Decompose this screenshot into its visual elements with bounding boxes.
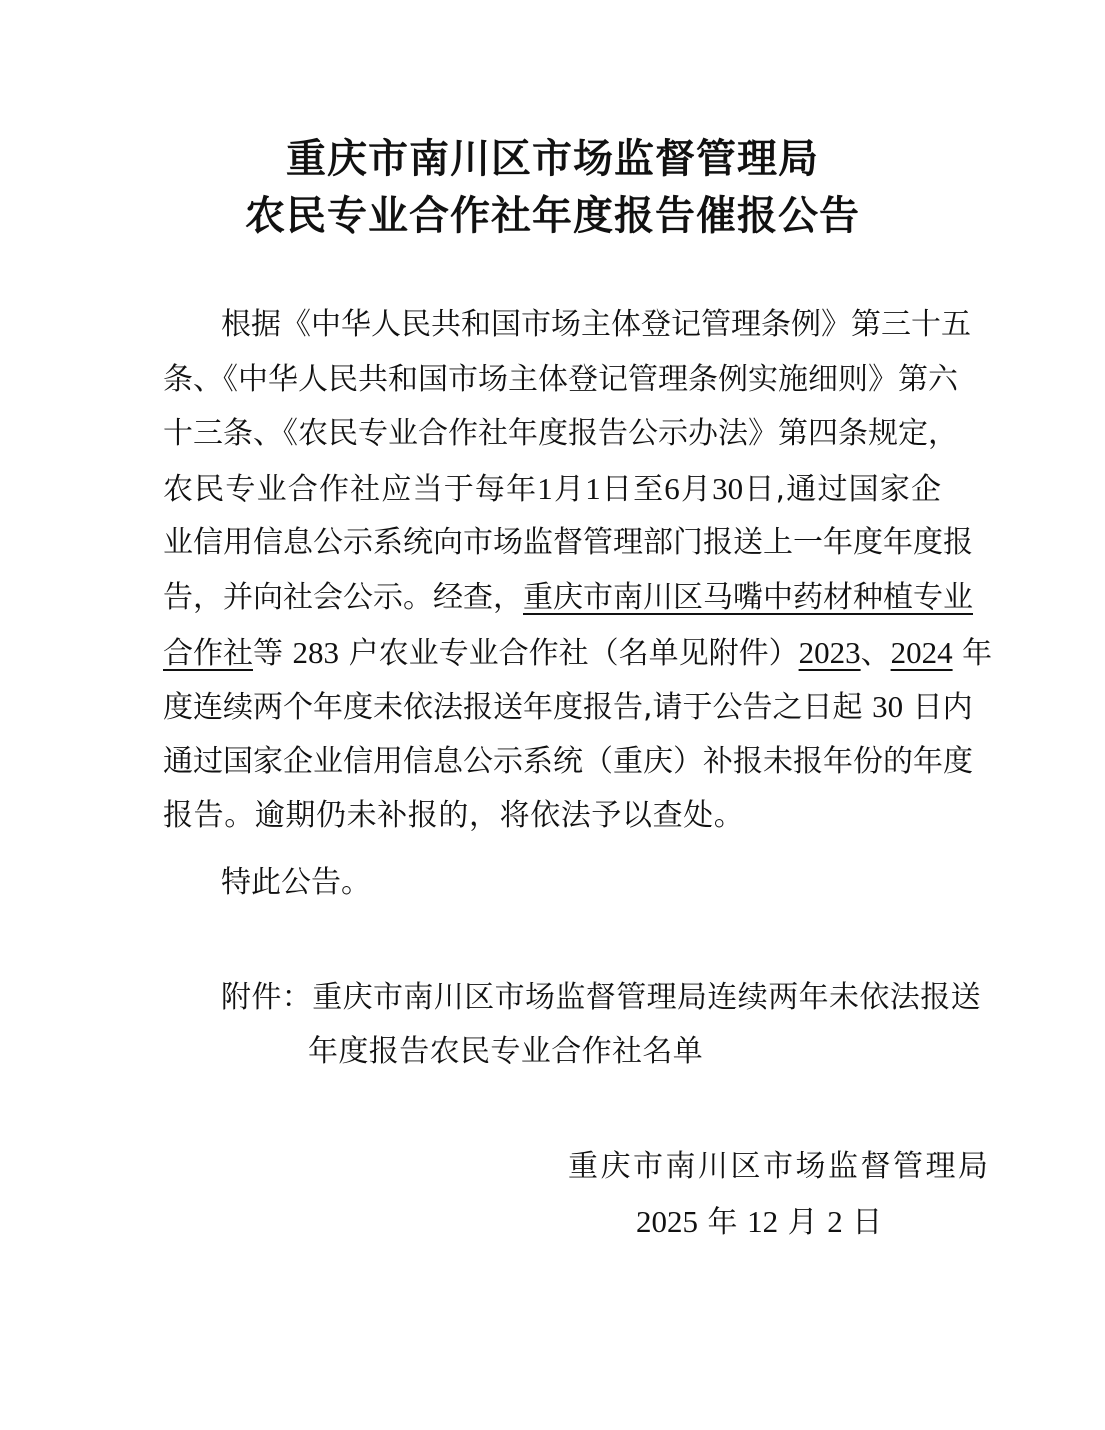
body-line-1: 根据《中华人民共和国市场主体登记管理条例》第三十五 bbox=[221, 305, 941, 345]
body-text: 通过国家企业信用信息公示系统（重庆）补报未报年份的年度 bbox=[163, 744, 973, 779]
body-text: 日至 bbox=[601, 472, 665, 507]
body-text: 农民专业合作社应当于每年 bbox=[163, 472, 537, 507]
attachment-label: 附件： bbox=[221, 980, 312, 1015]
year-2023-underlined: 2023 bbox=[799, 635, 861, 670]
body-text: 报告。逾期仍未补报的，将依法予以查处。 bbox=[163, 798, 744, 833]
date-number: 6 bbox=[664, 471, 680, 506]
issuing-organization: 重庆市南川区市场监督管理局 bbox=[568, 1147, 991, 1187]
document-title-line-2: 农民专业合作社年度报告催报公告 bbox=[0, 193, 1105, 239]
date-year: 2025 bbox=[636, 1204, 698, 1239]
body-text: 告，并向社会公示。经查， bbox=[163, 580, 523, 615]
document-title-line-1: 重庆市南川区市场监督管理局 bbox=[0, 136, 1105, 182]
body-line-8: 度连续两个年度未依法报送年度报告,请于公告之日起 30 日内 bbox=[163, 687, 941, 727]
cooperative-name-underlined: 合作社 bbox=[163, 636, 253, 671]
date-year-unit: 年 bbox=[708, 1205, 738, 1240]
body-text: 月 bbox=[680, 472, 712, 507]
body-text: 月 bbox=[553, 472, 585, 507]
body-line-10: 报告。逾期仍未补报的，将依法予以查处。 bbox=[163, 796, 941, 836]
issue-date: 2025 年 12 月 2 日 bbox=[636, 1202, 882, 1243]
date-number: 1 bbox=[585, 471, 601, 506]
body-line-9: 通过国家企业信用信息公示系统（重庆）补报未报年份的年度 bbox=[163, 742, 941, 782]
attachment-line-2: 年度报告农民专业合作社名单 bbox=[308, 1032, 703, 1072]
body-line-4: 农民专业合作社应当于每年1月1日至6月30日,通过国家企 bbox=[163, 469, 941, 509]
body-text: 户农业专业合作社（名单见附件） bbox=[339, 636, 799, 671]
date-day: 2 bbox=[827, 1204, 843, 1239]
year-2024-underlined: 2024 bbox=[891, 635, 953, 670]
body-text: 、 bbox=[861, 636, 891, 671]
body-text: 条、《中华人民共和国市场主体登记管理条例实施细则》第六 bbox=[163, 362, 958, 397]
date-month: 12 bbox=[747, 1204, 778, 1239]
attachment-line-1: 附件：重庆市南川区市场监督管理局连续两年未依法报送 bbox=[221, 978, 981, 1018]
body-text: 年 bbox=[953, 636, 993, 671]
body-line-2: 条、《中华人民共和国市场主体登记管理条例实施细则》第六 bbox=[163, 360, 941, 400]
body-text: 根据《中华人民共和国市场主体登记管理条例》第三十五 bbox=[221, 307, 971, 342]
body-text: 日内 bbox=[903, 690, 973, 725]
cooperative-name-underlined: 重庆市南川区马嘴中药材种植专业 bbox=[523, 580, 973, 615]
body-text: 等 bbox=[253, 636, 293, 671]
body-text: 日,通过国家企 bbox=[743, 472, 941, 507]
deadline-days: 30 bbox=[872, 689, 903, 724]
body-text: 业信用信息公示系统向市场监督管理部门报送上一年度年度报 bbox=[163, 525, 973, 560]
body-text: 度连续两个年度未依法报送年度报告,请于公告之日起 bbox=[163, 690, 872, 725]
date-day-unit: 日 bbox=[852, 1205, 882, 1240]
body-line-7: 合作社等 283 户农业专业合作社（名单见附件）2023、2024 年 bbox=[163, 633, 941, 673]
body-line-6: 告，并向社会公示。经查，重庆市南川区马嘴中药材种植专业 bbox=[163, 578, 941, 618]
date-number: 30 bbox=[712, 471, 743, 506]
body-line-5: 业信用信息公示系统向市场监督管理部门报送上一年度年度报 bbox=[163, 523, 941, 563]
closing-statement: 特此公告。 bbox=[221, 863, 371, 903]
date-number: 1 bbox=[537, 471, 553, 506]
date-month-unit: 月 bbox=[788, 1205, 818, 1240]
body-text: 十三条、《农民专业合作社年度报告公示办法》第四条规定， bbox=[163, 416, 958, 451]
attachment-title: 重庆市南川区市场监督管理局连续两年未依法报送 bbox=[312, 980, 981, 1015]
cooperative-count: 283 bbox=[293, 635, 340, 670]
body-line-3: 十三条、《农民专业合作社年度报告公示办法》第四条规定， bbox=[163, 414, 941, 454]
